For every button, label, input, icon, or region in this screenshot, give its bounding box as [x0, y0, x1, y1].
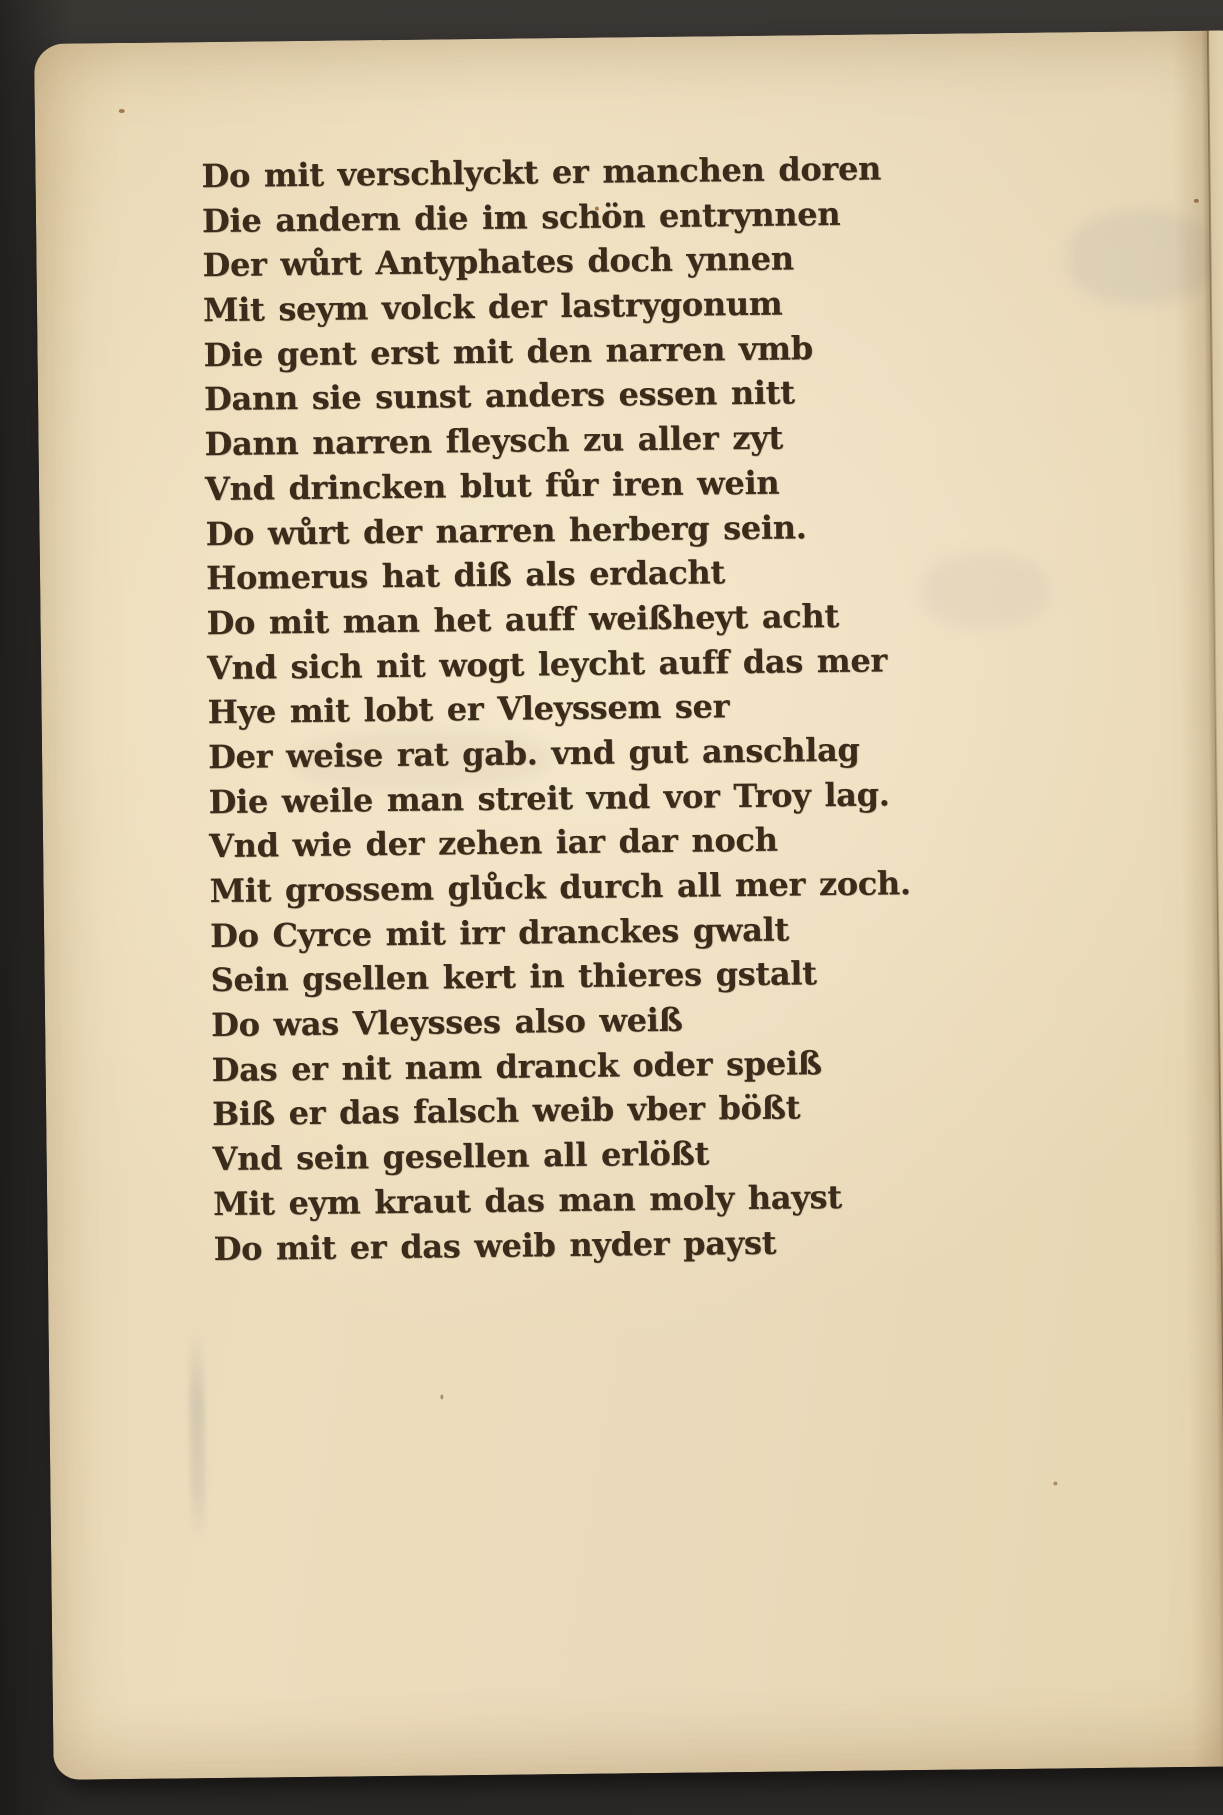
scanned-book-photo: { "document": { "kind": "early-printed-b…	[0, 0, 1223, 1815]
poem-text-block: Do mit verschlyckt er manchen doren Die …	[201, 146, 954, 1272]
poem-line: Die andern die im schön entrynnen	[202, 190, 942, 243]
poem-line: Vnd sich nit wogt leycht auff das mer	[207, 637, 947, 690]
paper-speck	[595, 207, 599, 211]
poem-line: Mit grossem glůck durch all mer zoch.	[209, 861, 949, 914]
paper-speck	[440, 1394, 443, 1399]
poem-line: Die weile man streit vnd vor Troy lag.	[208, 771, 948, 824]
paper-speck	[119, 109, 125, 113]
poem-line: Do mit man het auff weißheyt acht	[206, 593, 946, 646]
paper-speck	[1053, 1481, 1057, 1485]
poem-line: Do mit verschlyckt er manchen doren	[201, 146, 941, 199]
poem-line: Do mit er das weib nyder payst	[213, 1218, 953, 1271]
book-page: Do mit verschlyckt er manchen doren Die …	[34, 30, 1223, 1780]
margin-smudge	[189, 1327, 206, 1542]
poem-line: Der weise rat gab. vnd gut anschlag	[208, 727, 948, 780]
